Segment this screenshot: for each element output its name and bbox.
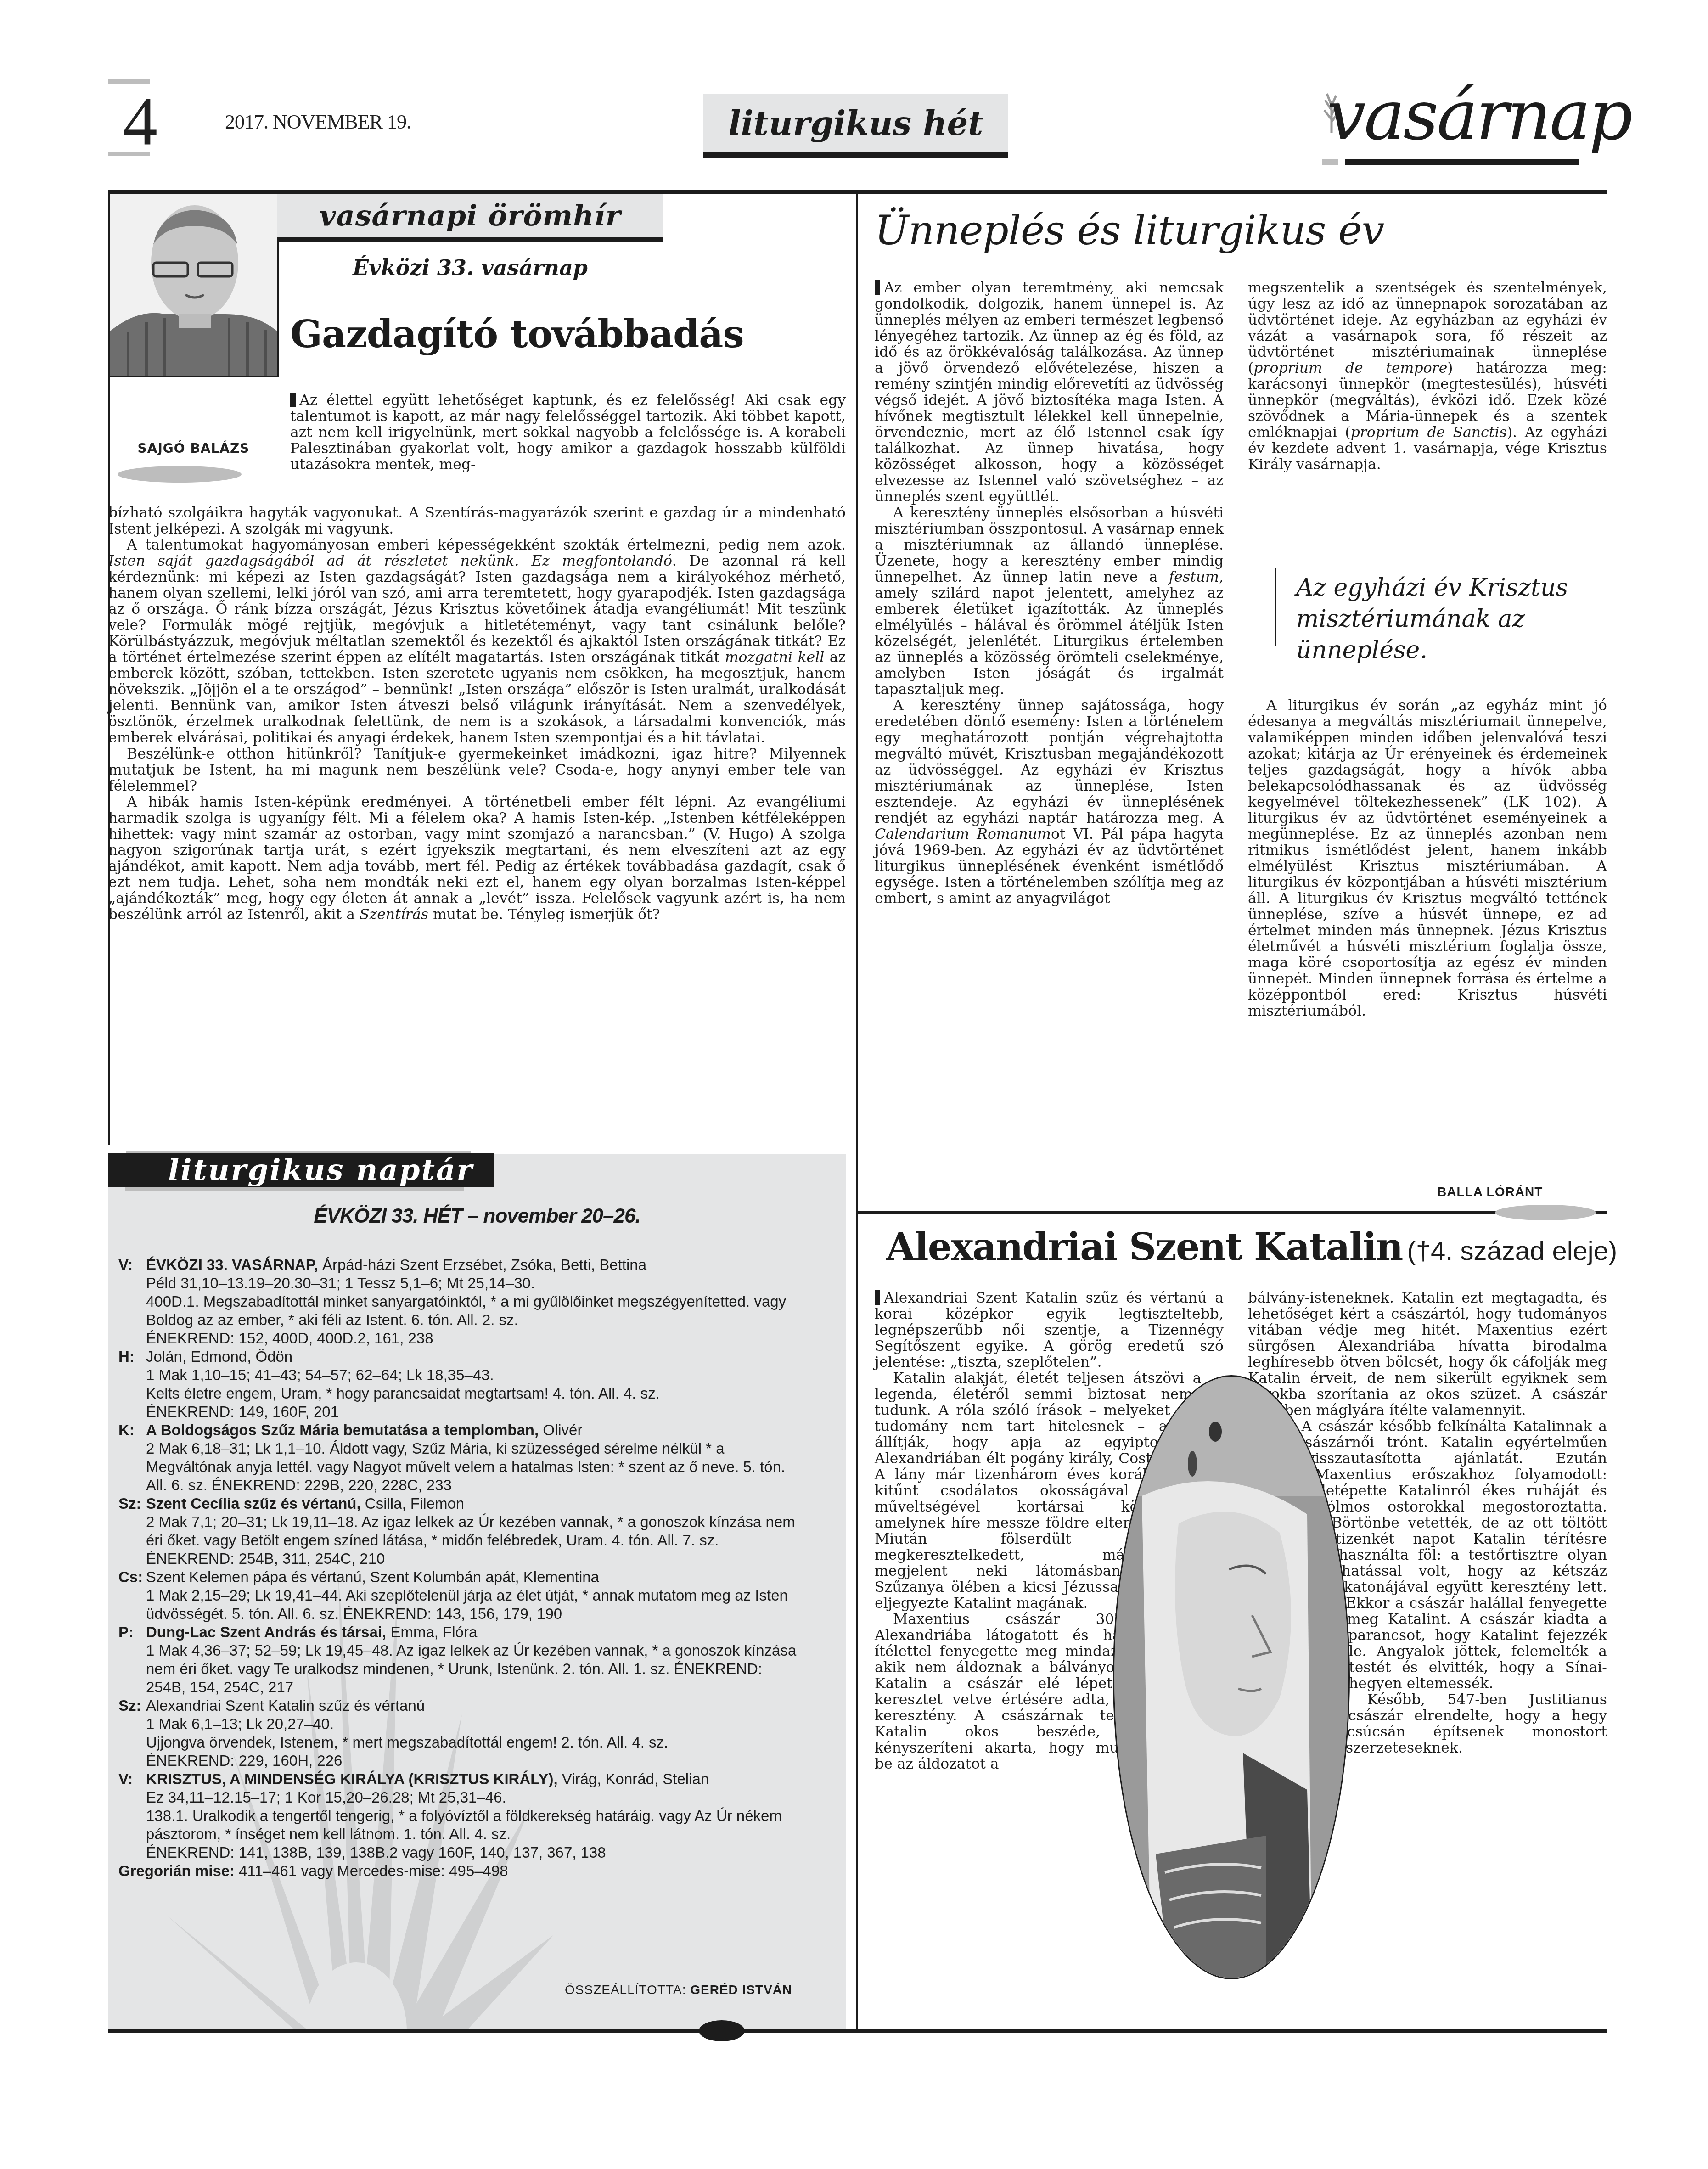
calendar-day: Sz: Alexandriai Szent Katalin szűz és vé… xyxy=(118,1697,803,1770)
article-column: A liturgikus év során „az egyház mint jó… xyxy=(1248,698,1607,1019)
calendar-list: V: ÉVKÖZI 33. VASÁRNAP, Árpád-házi Szent… xyxy=(118,1256,803,1880)
header-rule-top xyxy=(108,79,150,84)
section-label: liturgikus hét xyxy=(703,94,1008,158)
saint-catherine-portrait-icon xyxy=(1114,1377,1348,1978)
content-bottom-rule xyxy=(108,2029,1607,2033)
column-divider xyxy=(856,190,858,2031)
article-column: Az ember olyan teremtmény, aki nemcsak g… xyxy=(875,280,1224,907)
person-portrait-icon xyxy=(110,194,277,376)
author-byline: SAJGÓ BALÁZS xyxy=(110,441,277,456)
article-lead: Az élettel együtt lehetőséget kaptunk, é… xyxy=(290,393,846,473)
calendar-day: K: A Boldogságos Szűz Mária bemutatása a… xyxy=(118,1421,803,1495)
calendar-week: ÉVKÖZI 33. HÉT – november 20–26. xyxy=(108,1205,846,1228)
byline-ornament xyxy=(1495,1205,1596,1220)
brand-underline xyxy=(1345,159,1579,165)
article-headline: Ünneplés és liturgikus év xyxy=(875,207,1384,254)
issue-date: 2017. NOVEMBER 19. xyxy=(225,110,411,134)
calendar-day: V: ÉVKÖZI 33. VASÁRNAP, Árpád-házi Szent… xyxy=(118,1256,803,1348)
byline-ornament xyxy=(699,2020,745,2041)
header-rule-bottom xyxy=(108,152,150,156)
calendar-day: P: Dung-Lac Szent András és társai, Emma… xyxy=(118,1623,803,1697)
author-byline: BALLA LÓRÁNT xyxy=(1437,1185,1543,1199)
gregorian-mass: Gregorián mise: 411–461 vagy Mercedes-mi… xyxy=(118,1862,803,1880)
article-headline: Alexandriai Szent Katalin(†4. század ele… xyxy=(886,1225,1617,1269)
calendar-title: liturgikus naptár xyxy=(168,1153,473,1187)
calendar-title-bar: liturgikus naptár xyxy=(108,1153,494,1187)
subkicker: Évközi 33. vasárnap xyxy=(277,255,663,280)
page-number: 4 xyxy=(123,87,157,156)
lead-marker xyxy=(875,1290,880,1305)
calendar-day: V: KRISZTUS, A MINDENSÉG KIRÁLYA (KRISZT… xyxy=(118,1770,803,1862)
paragraph: Beszélünk-e otthon hitünkről? Tanítjuk-e… xyxy=(108,746,846,794)
saint-portrait xyxy=(1113,1375,1350,1979)
section-title: liturgikus hét xyxy=(728,104,983,143)
calendar-day: H: Jolán, Edmond, Ödön 1 Mak 1,10–15; 41… xyxy=(118,1348,803,1421)
article-headline: Gazdagító továbbadás xyxy=(290,312,744,356)
byline-ornament xyxy=(118,466,242,483)
article-body: bízható szolgáikra hagyták vagyonukat. A… xyxy=(108,505,846,923)
kicker-text: vasárnapi örömhír xyxy=(320,199,621,232)
calendar-day: Cs: Szent Kelemen pápa és vértanú, Szent… xyxy=(118,1568,803,1623)
content-top-rule xyxy=(108,190,1607,194)
compiled-by: ÖSSZEÁLLÍTOTTA: GERÉD ISTVÁN xyxy=(565,1983,792,1997)
calendar-title-shadow xyxy=(125,1187,464,1191)
lead-marker xyxy=(875,280,880,295)
lead-text: Az élettel együtt lehetőséget kaptunk, é… xyxy=(290,392,846,473)
pull-quote-text: Az egyházi év Krisztus misztériumának az… xyxy=(1296,572,1618,666)
article-column: megszentelik a szentségek és szentelmény… xyxy=(1248,280,1607,473)
paragraph: A talentumokat hagyományosan emberi képe… xyxy=(108,537,846,746)
column-kicker: vasárnapi örömhír xyxy=(277,194,663,242)
brand-accent xyxy=(1322,159,1338,165)
pull-quote: Az egyházi év Krisztus misztériumának az… xyxy=(1275,568,1618,646)
author-photo xyxy=(110,194,279,377)
masthead-logo: vasárnap xyxy=(1322,78,1607,165)
lead-marker xyxy=(290,393,296,407)
calendar-day: Sz: Szent Cecília szűz és vértanú, Csill… xyxy=(118,1495,803,1568)
paragraph: bízható szolgáikra hagyták vagyonukat. A… xyxy=(108,505,846,537)
paragraph: A hibák hamis Isten-képünk eredményei. A… xyxy=(108,794,846,923)
brand-name: vasárnap xyxy=(1327,78,1631,154)
